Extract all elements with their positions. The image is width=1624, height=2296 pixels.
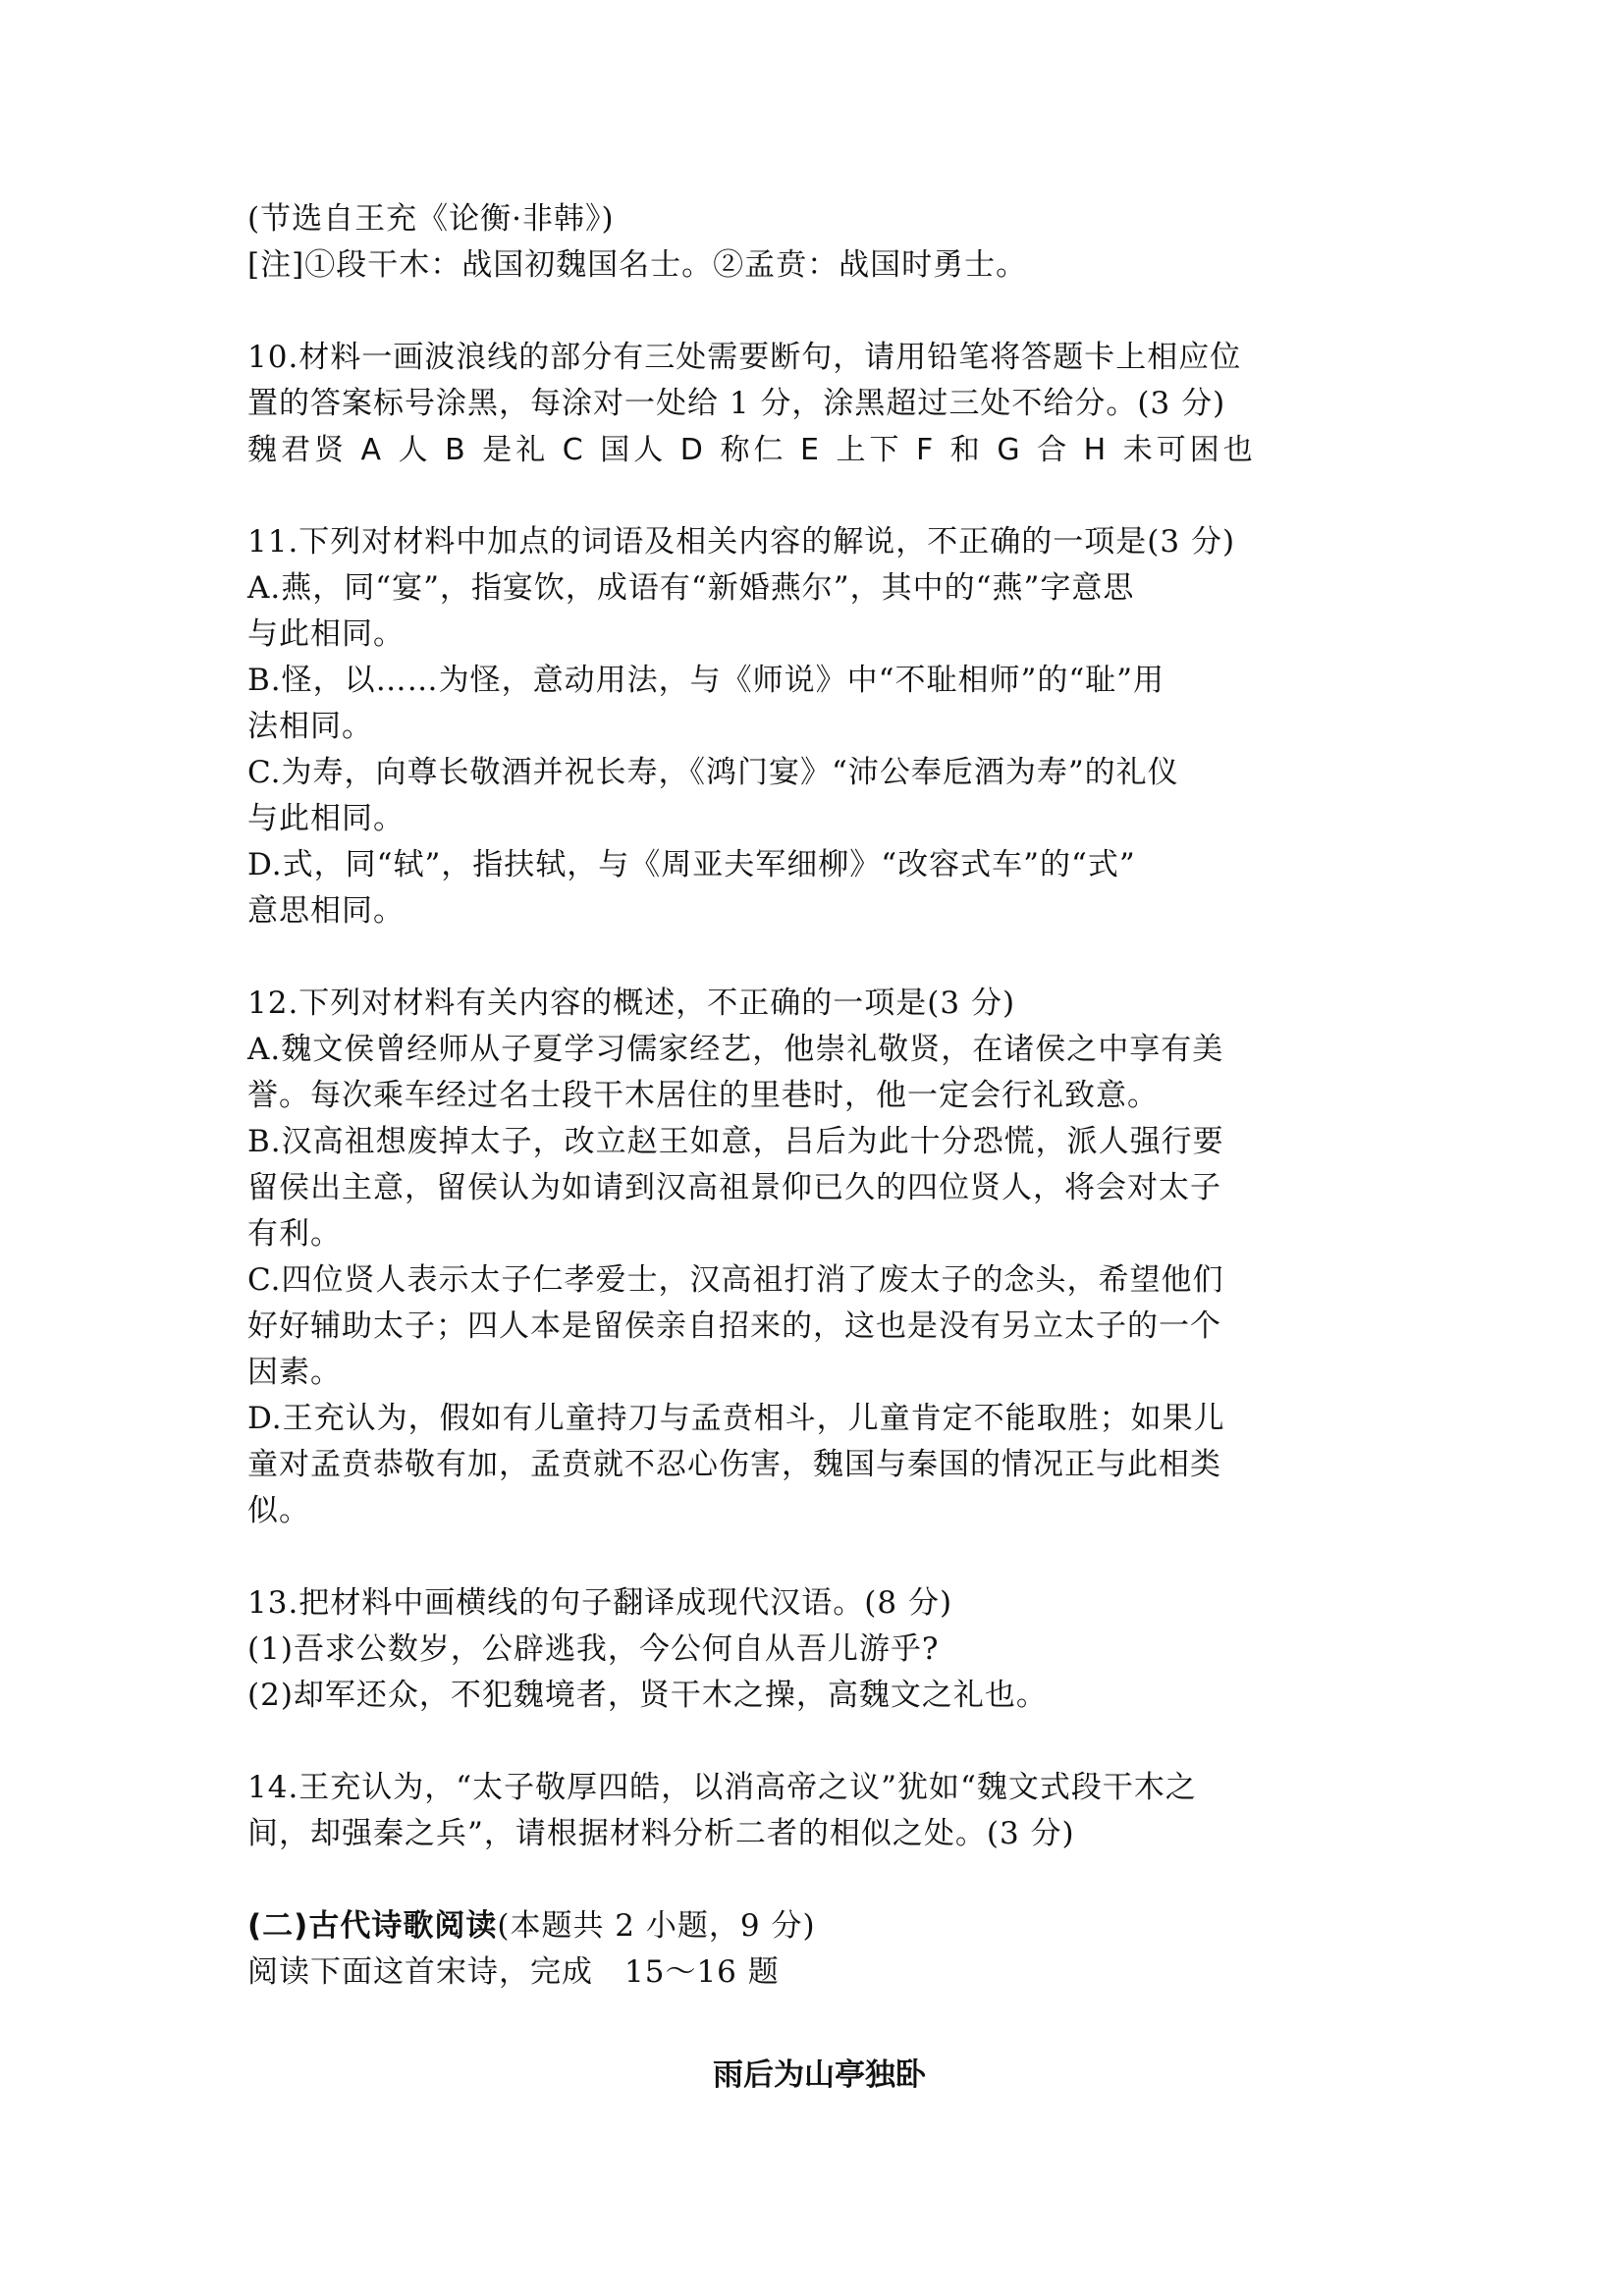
source-note: [注]①段干木：战国初魏国名士。②孟贲：战国时勇士。 — [247, 242, 1391, 289]
q12-option-a-line-1: A.魏文侯曾经师从子夏学习儒家经艺，他崇礼敬贤，在诸侯之中享有美 — [247, 1027, 1391, 1073]
q12-option-d-line-1: D.王充认为，假如有儿童持刀与孟贲相斗，儿童肯定不能取胜；如果儿 — [247, 1396, 1391, 1442]
q11-option-a-line-2: 与此相同。 — [247, 612, 1391, 658]
section-2-instruction: 阅读下面这首宋诗，完成 15～16 题 — [247, 1949, 1391, 1996]
q11-option-a-line-1: A.燕，同“宴”，指宴饮，成语有“新婚燕尔”，其中的“燕”字意思 — [247, 565, 1391, 612]
question-14: 14.王充认为，“太子敬厚四皓，以消高帝之议”犹如“魏文式段干木之 间，却强秦之… — [247, 1765, 1391, 1857]
document-page: (节选自王充《论衡·非韩》) [注]①段干木：战国初魏国名士。②孟贲：战国时勇士… — [247, 196, 1391, 2099]
q13-stem: 13.把材料中画横线的句子翻译成现代汉语。(8 分) — [247, 1580, 1391, 1627]
q12-option-b: B.汉高祖想废掉太子，改立赵王如意，吕后为此十分恐慌，派人强行要 留侯出主意，留… — [247, 1119, 1391, 1257]
q12-option-c-line-1: C.四位贤人表示太子仁孝爱士，汉高祖打消了废太子的念头，希望他们 — [247, 1257, 1391, 1304]
question-11: 11.下列对材料中加点的词语及相关内容的解说，不正确的一项是(3 分) A.燕，… — [247, 519, 1391, 934]
q10-line-2: 置的答案标号涂黑，每涂对一处给 1 分，涂黑超过三处不给分。(3 分) — [247, 381, 1391, 427]
source-citation: (节选自王充《论衡·非韩》) — [247, 196, 1391, 242]
q11-option-d-line-1: D.式，同“轼”，指扶轼，与《周亚夫军细柳》“改容式车”的“式” — [247, 842, 1391, 888]
q12-option-b-line-2: 留侯出主意，留侯认为如请到汉高祖景仰已久的四位贤人，将会对太子 — [247, 1165, 1391, 1211]
q11-option-c-line-2: 与此相同。 — [247, 796, 1391, 842]
q11-stem: 11.下列对材料中加点的词语及相关内容的解说，不正确的一项是(3 分) — [247, 519, 1391, 565]
q10-line-1: 10.材料一画波浪线的部分有三处需要断句，请用铅笔将答题卡上相应位 — [247, 335, 1391, 381]
question-13: 13.把材料中画横线的句子翻译成现代汉语。(8 分) (1)吾求公数岁，公辟逃我… — [247, 1580, 1391, 1719]
q12-option-b-line-3: 有利。 — [247, 1211, 1391, 1257]
q14-line-1: 14.王充认为，“太子敬厚四皓，以消高帝之议”犹如“魏文式段干木之 — [247, 1765, 1391, 1811]
q11-option-b-line-1: B.怪，以……为怪，意动用法，与《师说》中“不耻相师”的“耻”用 — [247, 658, 1391, 704]
q11-option-c-line-1: C.为寿，向尊长敬酒并祝长寿，《鸿门宴》“沛公奉卮酒为寿”的礼仪 — [247, 750, 1391, 796]
q11-option-a: A.燕，同“宴”，指宴饮，成语有“新婚燕尔”，其中的“燕”字意思 与此相同。 — [247, 565, 1391, 658]
q12-option-d-line-2: 童对孟贲恭敬有加，孟贲就不忍心伤害，魏国与秦国的情况正与此相类 — [247, 1442, 1391, 1488]
section-2-heading: (二)古代诗歌阅读(本题共 2 小题，9 分) — [247, 1903, 1391, 1949]
q13-item-1: (1)吾求公数岁，公辟逃我，今公何自从吾儿游乎? — [247, 1627, 1391, 1673]
q11-option-c: C.为寿，向尊长敬酒并祝长寿，《鸿门宴》“沛公奉卮酒为寿”的礼仪 与此相同。 — [247, 750, 1391, 842]
question-12: 12.下列对材料有关内容的概述，不正确的一项是(3 分) A.魏文侯曾经师从子夏… — [247, 981, 1391, 1534]
q12-option-c: C.四位贤人表示太子仁孝爱士，汉高祖打消了废太子的念头，希望他们 好好辅助太子；… — [247, 1257, 1391, 1396]
q12-option-c-line-3: 因素。 — [247, 1350, 1391, 1396]
poem-title: 雨后为山亭独卧 — [247, 2053, 1391, 2099]
section-2-heading-bold: (二)古代诗歌阅读 — [247, 1908, 497, 1944]
q12-option-b-line-1: B.汉高祖想废掉太子，改立赵王如意，吕后为此十分恐慌，派人强行要 — [247, 1119, 1391, 1165]
q14-line-2: 间，却强秦之兵”，请根据材料分析二者的相似之处。(3 分) — [247, 1811, 1391, 1857]
q11-option-b: B.怪，以……为怪，意动用法，与《师说》中“不耻相师”的“耻”用 法相同。 — [247, 658, 1391, 750]
q12-stem: 12.下列对材料有关内容的概述，不正确的一项是(3 分) — [247, 981, 1391, 1027]
q12-option-d-line-3: 似。 — [247, 1488, 1391, 1534]
q11-option-d-line-2: 意思相同。 — [247, 888, 1391, 934]
q11-option-d: D.式，同“轼”，指扶轼，与《周亚夫军细柳》“改容式车”的“式” 意思相同。 — [247, 842, 1391, 934]
q13-item-2: (2)却军还众，不犯魏境者，贤干木之操，高魏文之礼也。 — [247, 1673, 1391, 1719]
q12-option-d: D.王充认为，假如有儿童持刀与孟贲相斗，儿童肯定不能取胜；如果儿 童对孟贲恭敬有… — [247, 1396, 1391, 1534]
q11-option-b-line-2: 法相同。 — [247, 704, 1391, 750]
q12-option-a: A.魏文侯曾经师从子夏学习儒家经艺，他崇礼敬贤，在诸侯之中享有美 誉。每次乘车经… — [247, 1027, 1391, 1119]
section-2: (二)古代诗歌阅读(本题共 2 小题，9 分) 阅读下面这首宋诗，完成 15～1… — [247, 1903, 1391, 2099]
question-10: 10.材料一画波浪线的部分有三处需要断句，请用铅笔将答题卡上相应位 置的答案标号… — [247, 335, 1391, 473]
section-2-heading-rest: (本题共 2 小题，9 分) — [497, 1908, 815, 1944]
q12-option-c-line-2: 好好辅助太子；四人本是留侯亲自招来的，这也是没有另立太子的一个 — [247, 1304, 1391, 1350]
q12-option-a-line-2: 誉。每次乘车经过名士段干木居住的里巷时，他一定会行礼致意。 — [247, 1073, 1391, 1119]
q10-punctuation-sentence: 魏君贤 A 人 B 是礼 C 国人 D 称仁 E 上下 F 和 G 合 H 未可… — [247, 427, 1391, 473]
